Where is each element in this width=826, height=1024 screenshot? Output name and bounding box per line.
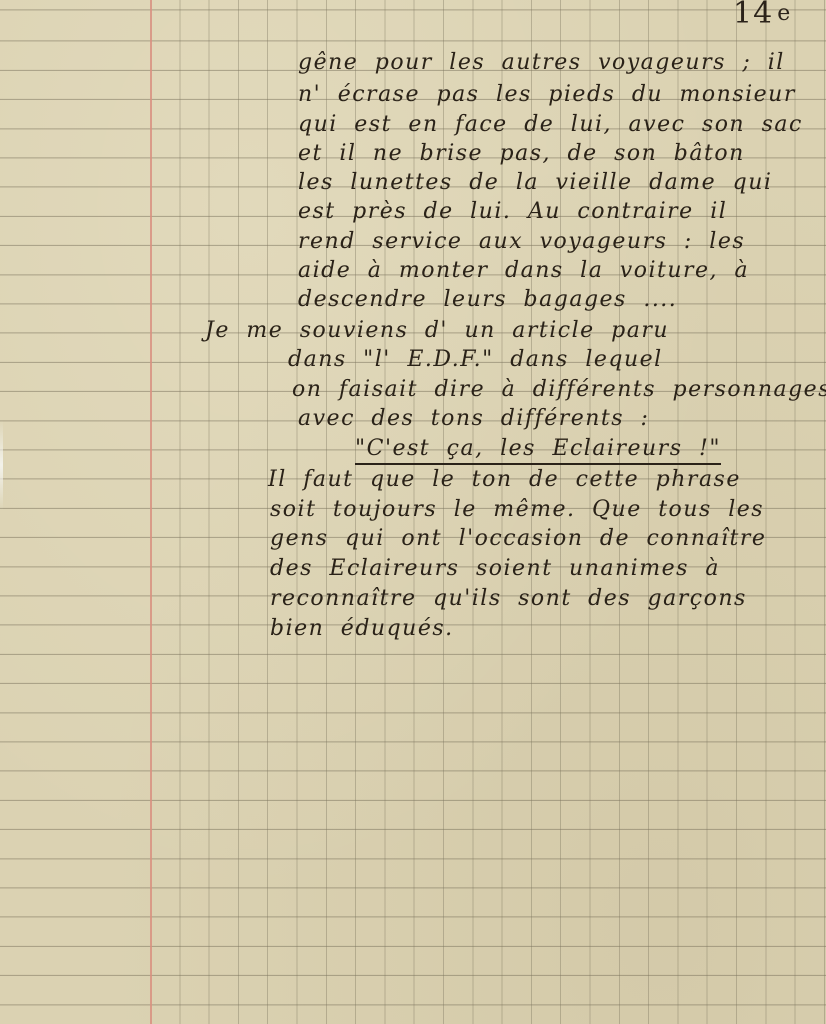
underlined-quote: "C'est ça, les Eclaireurs !"	[355, 434, 721, 465]
text-line: dans "l' E.D.F." dans lequel	[288, 345, 663, 374]
text-line: qui est en face de lui, avec son sac	[298, 110, 803, 139]
text-line: les lunettes de la vieille dame qui	[298, 168, 772, 197]
paper-edge-mark	[0, 420, 3, 510]
page-number: 14e	[733, 0, 791, 31]
text-line: et il ne brise pas, de son bâton	[298, 139, 745, 168]
text-line: aide à monter dans la voiture, à	[298, 256, 749, 285]
text-line: bien éduqués.	[270, 614, 454, 643]
paragraph-start-line: Je me souviens d' un article paru	[205, 316, 669, 345]
text-line: est près de lui. Au contraire il	[298, 197, 727, 226]
text-line: gens qui ont l'occasion de connaître	[270, 524, 766, 553]
text-line: Il faut que le ton de cette phrase	[268, 465, 741, 494]
text-line: on faisait dire à différents personnages	[292, 375, 826, 404]
page-number-value: 14	[733, 0, 773, 31]
text-line: avec des tons différents :	[298, 404, 649, 433]
text-line: n' écrase pas les pieds du monsieur	[298, 80, 796, 109]
text-line: rend service aux voyageurs : les	[298, 227, 745, 256]
text-line: gêne pour les autres voyageurs ; il	[298, 48, 785, 77]
text-line: soit toujours le même. Que tous les	[270, 495, 764, 524]
red-margin-line	[150, 0, 152, 1024]
text-line: reconnaître qu'ils sont des garçons	[270, 584, 747, 613]
text-line: des Eclaireurs soient unanimes à	[270, 554, 720, 583]
page-number-suffix: e	[777, 1, 791, 26]
text-line: descendre leurs bagages ....	[298, 285, 677, 314]
notebook-page: 14e gêne pour les autres voyageurs ; il …	[0, 0, 826, 1024]
